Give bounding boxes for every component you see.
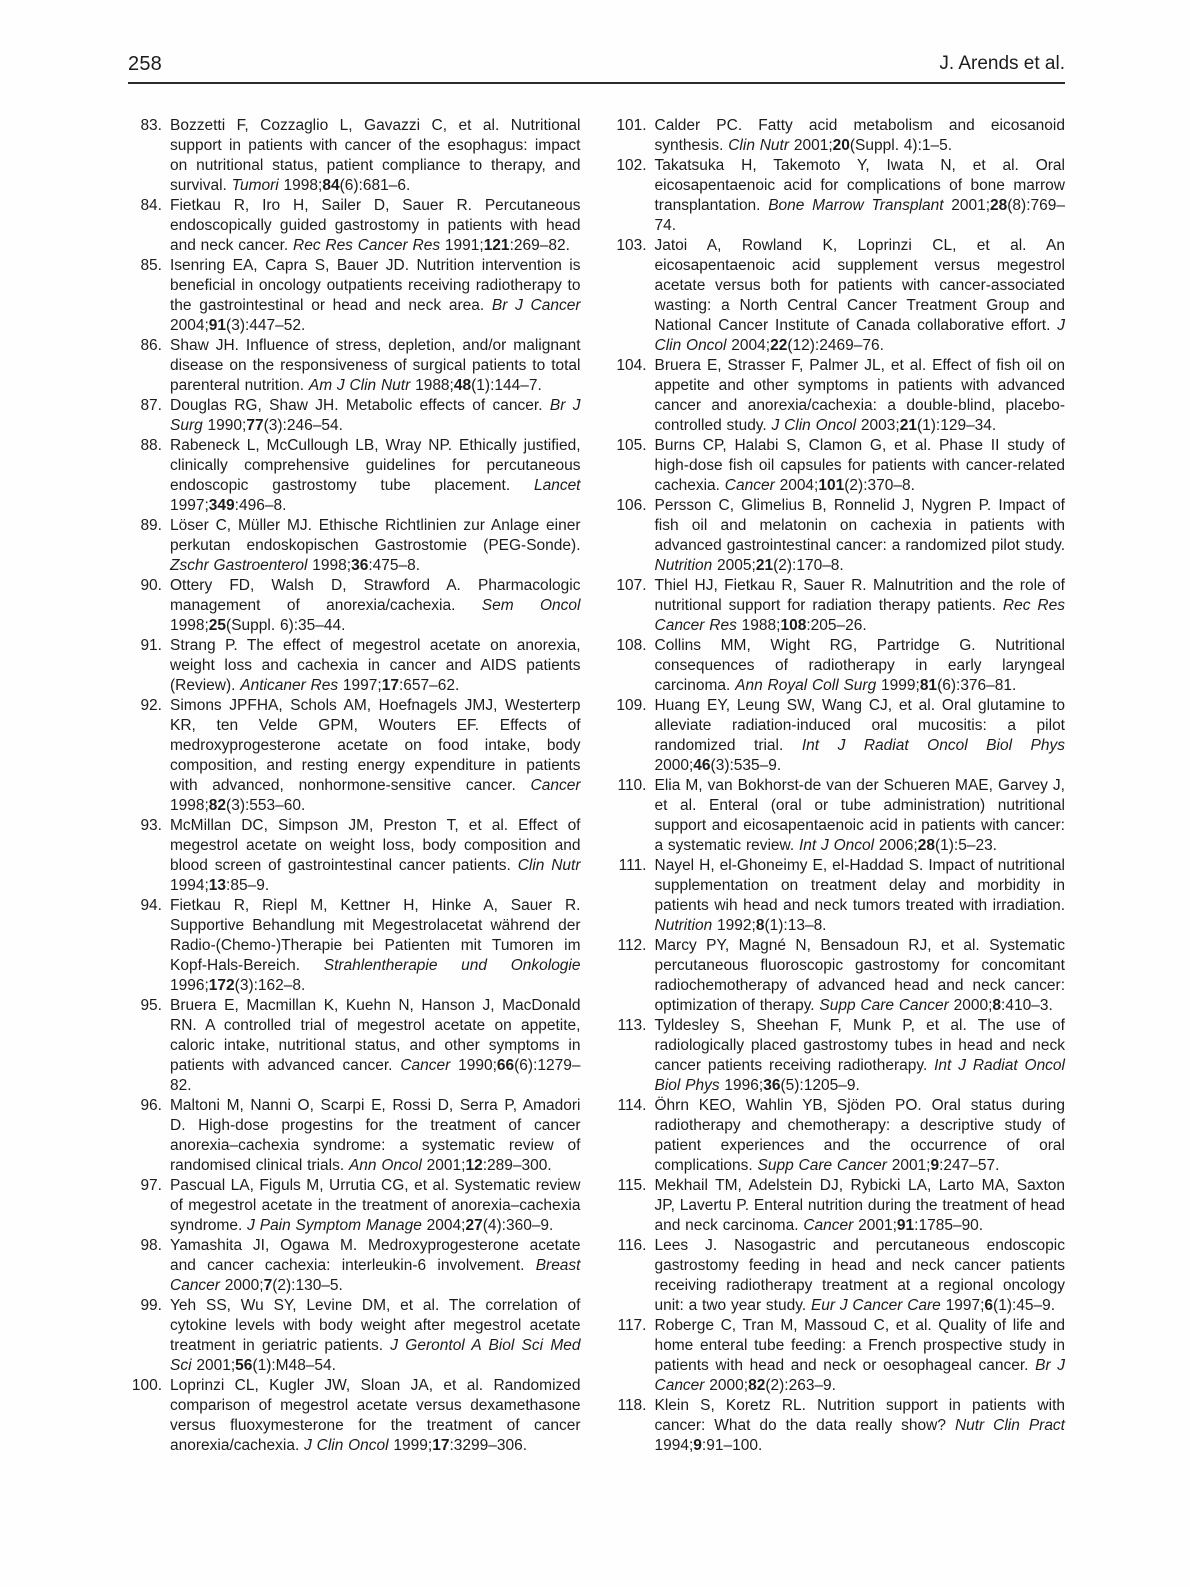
reference-text: Fietkau R, Riepl M, Kettner H, Hinke A, … <box>170 896 581 996</box>
reference-text: Huang EY, Leung SW, Wang CJ, et al. Oral… <box>655 696 1066 776</box>
journal-name: Br J Cancer <box>492 297 581 314</box>
reference-text: Burns CP, Halabi S, Clamon G, et al. Pha… <box>655 436 1066 496</box>
reference-number: 113. <box>613 1016 655 1036</box>
reference-text: Tyldesley S, Sheehan F, Munk P, et al. T… <box>655 1016 1066 1096</box>
page-content: 258 J. Arends et al. 83.Bozzetti F, Cozz… <box>128 52 1065 1456</box>
reference-number: 87. <box>128 396 170 416</box>
reference-number: 98. <box>128 1236 170 1256</box>
volume-number: 66 <box>497 1057 514 1074</box>
reference-number: 93. <box>128 816 170 836</box>
reference-number: 91. <box>128 636 170 656</box>
journal-name: Strahlentherapie und Onkologie <box>324 957 581 974</box>
reference-text: Lees J. Nasogastric and percutaneous end… <box>655 1236 1066 1316</box>
reference-number: 100. <box>128 1376 170 1396</box>
reference-item: 101.Calder PC. Fatty acid metabolism and… <box>613 116 1066 156</box>
reference-item: 116.Lees J. Nasogastric and percutaneous… <box>613 1236 1066 1316</box>
reference-number: 112. <box>613 936 655 956</box>
reference-number: 118. <box>613 1396 655 1416</box>
journal-name: J Clin Oncol <box>772 417 857 434</box>
journal-name: Bone Marrow Transplant <box>768 197 943 214</box>
reference-number: 102. <box>613 156 655 176</box>
references-column-left: 83.Bozzetti F, Cozzaglio L, Gavazzi C, e… <box>128 116 581 1456</box>
reference-text: Douglas RG, Shaw JH. Metabolic effects o… <box>170 396 581 436</box>
reference-text: Mekhail TM, Adelstein DJ, Rybicki LA, La… <box>655 1176 1066 1236</box>
reference-item: 118.Klein S, Koretz RL. Nutrition suppor… <box>613 1396 1066 1456</box>
volume-number: 36 <box>351 557 368 574</box>
reference-item: 94.Fietkau R, Riepl M, Kettner H, Hinke … <box>128 896 581 996</box>
volume-number: 172 <box>209 977 235 994</box>
journal-name: Ann Royal Coll Surg <box>735 677 876 694</box>
reference-item: 95.Bruera E, Macmillan K, Kuehn N, Hanso… <box>128 996 581 1096</box>
volume-number: 9 <box>931 1157 940 1174</box>
journal-name: Ann Oncol <box>349 1157 422 1174</box>
reference-text: Bruera E, Macmillan K, Kuehn N, Hanson J… <box>170 996 581 1096</box>
reference-text: Bozzetti F, Cozzaglio L, Gavazzi C, et a… <box>170 116 581 196</box>
reference-item: 102.Takatsuka H, Takemoto Y, Iwata N, et… <box>613 156 1066 236</box>
journal-name: J Clin Oncol <box>304 1437 389 1454</box>
references-columns: 83.Bozzetti F, Cozzaglio L, Gavazzi C, e… <box>128 116 1065 1456</box>
reference-text: Isenring EA, Capra S, Bauer JD. Nutritio… <box>170 256 581 336</box>
volume-number: 17 <box>382 677 399 694</box>
reference-text: Rabeneck L, McCullough LB, Wray NP. Ethi… <box>170 436 581 516</box>
journal-name: Am J Clin Nutr <box>309 377 410 394</box>
reference-item: 115.Mekhail TM, Adelstein DJ, Rybicki LA… <box>613 1176 1066 1236</box>
reference-text: Klein S, Koretz RL. Nutrition support in… <box>655 1396 1066 1456</box>
reference-number: 99. <box>128 1296 170 1316</box>
reference-item: 110.Elia M, van Bokhorst-de van der Schu… <box>613 776 1066 856</box>
volume-number: 349 <box>209 497 235 514</box>
reference-item: 84.Fietkau R, Iro H, Sailer D, Sauer R. … <box>128 196 581 256</box>
reference-item: 113.Tyldesley S, Sheehan F, Munk P, et a… <box>613 1016 1066 1096</box>
journal-name: Rec Res Cancer Res <box>293 237 440 254</box>
journal-name: Supp Care Cancer <box>819 997 948 1014</box>
volume-number: 82 <box>748 1377 765 1394</box>
reference-number: 92. <box>128 696 170 716</box>
journal-name: Zschr Gastroenterol <box>170 557 307 574</box>
reference-number: 105. <box>613 436 655 456</box>
references-column-right: 101.Calder PC. Fatty acid metabolism and… <box>613 116 1066 1456</box>
reference-text: Yamashita JI, Ogawa M. Medroxyprogestero… <box>170 1236 581 1296</box>
reference-text: Maltoni M, Nanni O, Scarpi E, Rossi D, S… <box>170 1096 581 1176</box>
reference-item: 96.Maltoni M, Nanni O, Scarpi E, Rossi D… <box>128 1096 581 1176</box>
reference-text: Shaw JH. Influence of stress, depletion,… <box>170 336 581 396</box>
reference-text: Jatoi A, Rowland K, Loprinzi CL, et al. … <box>655 236 1066 356</box>
volume-number: 77 <box>246 417 263 434</box>
reference-number: 94. <box>128 896 170 916</box>
journal-name: Supp Care Cancer <box>758 1157 887 1174</box>
reference-item: 89.Löser C, Müller MJ. Ethische Richtlin… <box>128 516 581 576</box>
reference-number: 88. <box>128 436 170 456</box>
reference-text: Bruera E, Strasser F, Palmer JL, et al. … <box>655 356 1066 436</box>
reference-number: 109. <box>613 696 655 716</box>
volume-number: 56 <box>235 1357 252 1374</box>
reference-number: 117. <box>613 1316 655 1336</box>
journal-name: Eur J Cancer Care <box>811 1297 941 1314</box>
reference-number: 116. <box>613 1236 655 1256</box>
volume-number: 20 <box>833 137 850 154</box>
reference-item: 100.Loprinzi CL, Kugler JW, Sloan JA, et… <box>128 1376 581 1456</box>
reference-item: 111.Nayel H, el-Ghoneimy E, el-Haddad S.… <box>613 856 1066 936</box>
reference-number: 86. <box>128 336 170 356</box>
reference-number: 84. <box>128 196 170 216</box>
volume-number: 8 <box>992 997 1001 1014</box>
reference-text: Öhrn KEO, Wahlin YB, Sjöden PO. Oral sta… <box>655 1096 1066 1176</box>
volume-number: 17 <box>432 1437 449 1454</box>
reference-number: 110. <box>613 776 655 796</box>
reference-text: Nayel H, el-Ghoneimy E, el-Haddad S. Imp… <box>655 856 1066 936</box>
volume-number: 22 <box>770 337 787 354</box>
reference-item: 104.Bruera E, Strasser F, Palmer JL, et … <box>613 356 1066 436</box>
reference-number: 95. <box>128 996 170 1016</box>
reference-number: 108. <box>613 636 655 656</box>
reference-item: 114.Öhrn KEO, Wahlin YB, Sjöden PO. Oral… <box>613 1096 1066 1176</box>
journal-name: Tumori <box>232 177 279 194</box>
volume-number: 82 <box>209 797 226 814</box>
journal-name: Sem Oncol <box>482 597 581 614</box>
reference-item: 97.Pascual LA, Figuls M, Urrutia CG, et … <box>128 1176 581 1236</box>
running-head-authors: J. Arends et al. <box>939 52 1065 76</box>
volume-number: 46 <box>693 757 710 774</box>
reference-item: 109.Huang EY, Leung SW, Wang CJ, et al. … <box>613 696 1066 776</box>
volume-number: 28 <box>990 197 1007 214</box>
reference-number: 83. <box>128 116 170 136</box>
reference-number: 85. <box>128 256 170 276</box>
journal-name: Clin Nutr <box>518 857 581 874</box>
volume-number: 101 <box>818 477 844 494</box>
journal-name: Lancet <box>534 477 581 494</box>
reference-number: 97. <box>128 1176 170 1196</box>
reference-text: Pascual LA, Figuls M, Urrutia CG, et al.… <box>170 1176 581 1236</box>
reference-text: Collins MM, Wight RG, Partridge G. Nutri… <box>655 636 1066 696</box>
reference-text: Thiel HJ, Fietkau R, Sauer R. Malnutriti… <box>655 576 1066 636</box>
journal-name: Int J Radiat Oncol Biol Phys <box>802 737 1065 754</box>
page-number: 258 <box>128 52 162 76</box>
reference-item: 98.Yamashita JI, Ogawa M. Medroxyprogest… <box>128 1236 581 1296</box>
reference-item: 105.Burns CP, Halabi S, Clamon G, et al.… <box>613 436 1066 496</box>
reference-item: 106.Persson C, Glimelius B, Ronnelid J, … <box>613 496 1066 576</box>
reference-text: McMillan DC, Simpson JM, Preston T, et a… <box>170 816 581 896</box>
volume-number: 27 <box>465 1217 482 1234</box>
volume-number: 21 <box>756 557 773 574</box>
reference-item: 91.Strang P. The effect of megestrol ace… <box>128 636 581 696</box>
paper-page: 258 J. Arends et al. 83.Bozzetti F, Cozz… <box>0 0 1190 1587</box>
reference-item: 87.Douglas RG, Shaw JH. Metabolic effect… <box>128 396 581 436</box>
reference-item: 85.Isenring EA, Capra S, Bauer JD. Nutri… <box>128 256 581 336</box>
reference-item: 108.Collins MM, Wight RG, Partridge G. N… <box>613 636 1066 696</box>
reference-item: 88.Rabeneck L, McCullough LB, Wray NP. E… <box>128 436 581 516</box>
journal-name: Nutrition <box>655 557 713 574</box>
journal-name: Cancer <box>531 777 581 794</box>
reference-text: Persson C, Glimelius B, Ronnelid J, Nygr… <box>655 496 1066 576</box>
reference-item: 99.Yeh SS, Wu SY, Levine DM, et al. The … <box>128 1296 581 1376</box>
volume-number: 25 <box>209 617 226 634</box>
reference-text: Fietkau R, Iro H, Sailer D, Sauer R. Per… <box>170 196 581 256</box>
journal-name: J Pain Symptom Manage <box>247 1217 422 1234</box>
reference-number: 96. <box>128 1096 170 1116</box>
journal-name: Cancer <box>725 477 775 494</box>
volume-number: 121 <box>484 237 510 254</box>
reference-number: 111. <box>613 856 655 876</box>
reference-item: 86.Shaw JH. Influence of stress, depleti… <box>128 336 581 396</box>
reference-item: 107.Thiel HJ, Fietkau R, Sauer R. Malnut… <box>613 576 1066 636</box>
reference-number: 104. <box>613 356 655 376</box>
volume-number: 91 <box>209 317 226 334</box>
reference-text: Loprinzi CL, Kugler JW, Sloan JA, et al.… <box>170 1376 581 1456</box>
volume-number: 81 <box>920 677 937 694</box>
volume-number: 108 <box>780 617 806 634</box>
volume-number: 6 <box>984 1297 993 1314</box>
reference-text: Ottery FD, Walsh D, Strawford A. Pharmac… <box>170 576 581 636</box>
reference-text: Strang P. The effect of megestrol acetat… <box>170 636 581 696</box>
reference-text: Roberge C, Tran M, Massoud C, et al. Qua… <box>655 1316 1066 1396</box>
volume-number: 28 <box>918 837 935 854</box>
journal-name: Nutrition <box>655 917 713 934</box>
reference-number: 101. <box>613 116 655 136</box>
volume-number: 36 <box>763 1077 780 1094</box>
journal-name: Int J Oncol <box>799 837 874 854</box>
reference-item: 103.Jatoi A, Rowland K, Loprinzi CL, et … <box>613 236 1066 356</box>
volume-number: 9 <box>693 1437 702 1454</box>
reference-text: Takatsuka H, Takemoto Y, Iwata N, et al.… <box>655 156 1066 236</box>
volume-number: 48 <box>454 377 471 394</box>
reference-number: 90. <box>128 576 170 596</box>
reference-text: Marcy PY, Magné N, Bensadoun RJ, et al. … <box>655 936 1066 1016</box>
journal-name: Cancer <box>400 1057 450 1074</box>
reference-item: 90.Ottery FD, Walsh D, Strawford A. Phar… <box>128 576 581 636</box>
volume-number: 21 <box>900 417 917 434</box>
reference-item: 117.Roberge C, Tran M, Massoud C, et al.… <box>613 1316 1066 1396</box>
volume-number: 7 <box>264 1277 273 1294</box>
reference-number: 106. <box>613 496 655 516</box>
reference-item: 93.McMillan DC, Simpson JM, Preston T, e… <box>128 816 581 896</box>
volume-number: 13 <box>209 877 226 894</box>
volume-number: 84 <box>322 177 339 194</box>
reference-text: Yeh SS, Wu SY, Levine DM, et al. The cor… <box>170 1296 581 1376</box>
journal-name: Clin Nutr <box>728 137 789 154</box>
reference-number: 103. <box>613 236 655 256</box>
reference-number: 114. <box>613 1096 655 1116</box>
reference-number: 107. <box>613 576 655 596</box>
journal-name: Anticaner Res <box>240 677 338 694</box>
page-header: 258 J. Arends et al. <box>128 52 1065 84</box>
volume-number: 12 <box>465 1157 482 1174</box>
journal-name: Nutr Clin Pract <box>955 1417 1065 1434</box>
reference-text: Simons JPFHA, Schols AM, Hoefnagels JMJ,… <box>170 696 581 816</box>
reference-number: 115. <box>613 1176 655 1196</box>
journal-name: Cancer <box>803 1217 853 1234</box>
reference-number: 89. <box>128 516 170 536</box>
volume-number: 91 <box>897 1217 914 1234</box>
reference-text: Elia M, van Bokhorst-de van der Schueren… <box>655 776 1066 856</box>
reference-item: 92.Simons JPFHA, Schols AM, Hoefnagels J… <box>128 696 581 816</box>
reference-item: 112.Marcy PY, Magné N, Bensadoun RJ, et … <box>613 936 1066 1016</box>
reference-text: Löser C, Müller MJ. Ethische Richtlinien… <box>170 516 581 576</box>
reference-item: 83.Bozzetti F, Cozzaglio L, Gavazzi C, e… <box>128 116 581 196</box>
reference-text: Calder PC. Fatty acid metabolism and eic… <box>655 116 1066 156</box>
